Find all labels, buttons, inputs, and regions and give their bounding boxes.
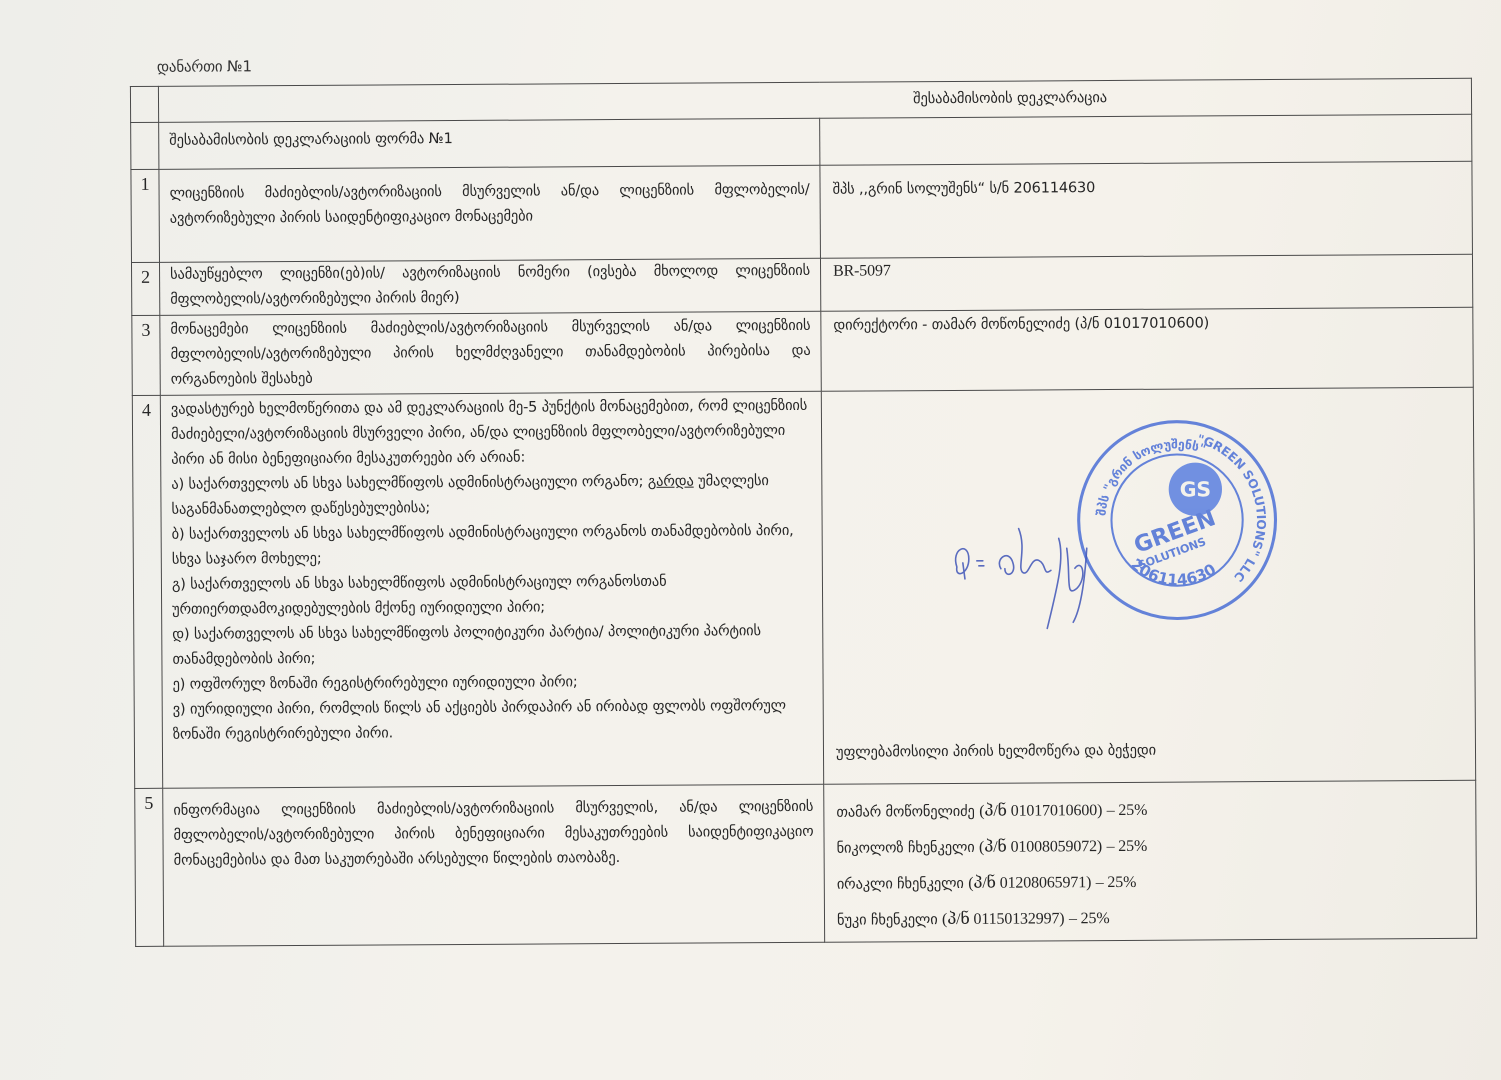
list-item: ე) ოფშორულ ზონაში რეგისტრირებული იურიდიუ… [172,669,812,698]
owner-id: (პ/ნ 01208065971) [968,874,1091,892]
list-item: ირაკლი ჩხენკელი (პ/ნ 01208065971) – 25% [837,863,1464,903]
form-title: შესაბამისობის დეკლარაციის ფორმა №1 [159,118,820,169]
owner-id: (პ/ნ 01017010600) [979,802,1102,820]
owner-id: (პ/ნ 01008059072) [979,838,1102,856]
handwritten-signature-icon [947,518,1148,649]
row-number-cell [131,122,159,169]
row-number-cell [130,86,158,122]
owner-share: – 25% [1107,802,1148,819]
row-number: 1 [131,169,160,262]
row-number: 3 [132,315,160,395]
confirmation-intro: ვადასტურებ ხელმოწერითა და ამ დეკლარაციის… [171,394,811,473]
owner-share: – 25% [1096,874,1137,891]
row-number: 2 [131,262,159,315]
owner-name: ირაკლი ჩხენკელი [837,876,964,893]
list-item: დ) საქართველოს ან სხვა სახელმწიფოს პოლიტ… [172,619,812,673]
list-item: ბ) საქართველოს ან სხვა სახელმწიფოს ადმინ… [172,519,812,573]
list-item: ნუკი ჩხენკელი (პ/ნ 01150132997) – 25% [837,899,1464,939]
row-number: 4 [132,395,162,788]
list-item: გ) საქართველოს ან სხვა სახელმწიფოს ადმინ… [172,569,812,623]
row-description: სამაუწყებლო ლიცენზი(ებ)ის/ ავტორიზაციის … [159,258,820,315]
table-row: 1 ლიცენზიის მაძიებლის/ავტორიზაციის მსურვ… [131,161,1473,262]
signature-cell: შპს "გრინ სოლუშენს" "GREEN SOLUTIONS" LL… [821,387,1475,784]
director-info: დირექტორი - თამარ მოწონელიძე (პ/ნ 010170… [821,307,1473,391]
owner-share: – 25% [1069,910,1110,927]
row-description: ლიცენზიის მაძიებლის/ავტორიზაციის მსურველ… [159,165,821,262]
form-title-row: შესაბამისობის დეკლარაციის ფორმა №1 [131,114,1472,169]
company-identification: შპს ,,გრინ სოლუშენს“ ს/ნ 206114630 [820,161,1473,258]
owner-name: თამარ მოწონელიძე [836,804,974,821]
declaration-table: შესაბამისობის დეკლარაცია შესაბამისობის დ… [130,78,1477,947]
underlined-word: გარდა [648,474,694,490]
form-title-value-cell [820,114,1472,165]
row-description: ინფორმაცია ლიცენზიის მაძიებლის/ავტორიზაც… [163,784,825,946]
beneficial-owners-list: თამარ მოწონელიძე (პ/ნ 01017010600) – 25%… [824,780,1477,942]
table-row: 4 ვადასტურებ ხელმოწერითა და ამ დეკლარაცი… [132,387,1475,788]
owner-id: (პ/ნ 01150132997) [942,910,1065,928]
list-item: თამარ მოწონელიძე (პ/ნ 01017010600) – 25% [836,791,1463,831]
row-number: 5 [135,788,164,946]
confirmation-text: ვადასტურებ ხელმოწერითა და ამ დეკლარაციის… [160,391,823,788]
license-number: BR-5097 [820,254,1472,311]
document-page: დანართი №1 შესაბამისობის დეკლარაცია შესა… [0,0,1501,1080]
list-item: ვ) იურიდიული პირი, რომლის წილს ან აქციებ… [173,694,813,748]
owner-share: – 25% [1106,838,1147,855]
row-description: მონაცემები ლიცენზიის მაძიებლის/ავტორიზაც… [160,311,821,395]
list-item: ა) საქართველოს ან სხვა სახელმწიფოს ადმინ… [171,469,811,523]
owner-name: ნიკოლოზ ჩხენკელი [837,840,975,857]
svg-text:GS: GS [1180,477,1211,501]
table-row: 2 სამაუწყებლო ლიცენზი(ებ)ის/ ავტორიზაციი… [131,254,1472,315]
owner-name: ნუკი ჩხენკელი [837,912,938,929]
table-row: 5 ინფორმაცია ლიცენზიის მაძიებლის/ავტორიზ… [135,780,1477,946]
signature-caption: უფლებამოსილი პირის ხელმოწერა და ბეჭედი [836,739,1156,766]
annex-label: დანართი №1 [157,57,252,76]
list-item: ნიკოლოზ ჩხენკელი (პ/ნ 01008059072) – 25% [836,827,1463,867]
table-row: 3 მონაცემები ლიცენზიის მაძიებლის/ავტორიზ… [132,307,1473,395]
